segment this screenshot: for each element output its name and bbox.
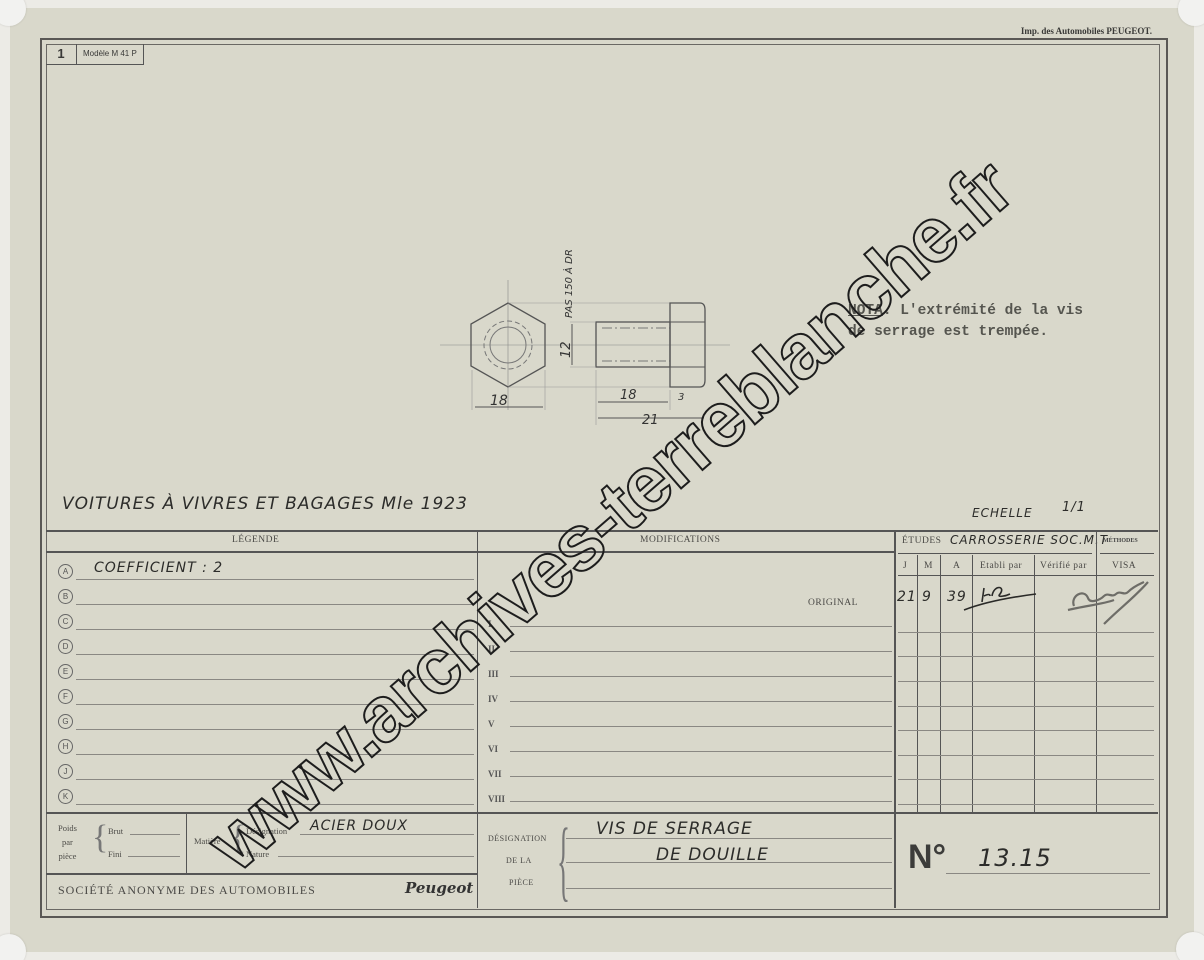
legend-letter: F: [58, 689, 73, 704]
etudes-row-rule: [898, 656, 1154, 657]
mod-number: IV: [488, 694, 498, 704]
etudes-row-rule: [898, 755, 1154, 756]
legend-letter: J: [58, 764, 73, 779]
mod-row: V: [488, 706, 892, 731]
etudes-department: CARROSSERIE SOC.M.T: [950, 533, 1108, 547]
col-verifie: Vérifié par: [1040, 561, 1087, 571]
thread-note: PAS 150 À DR: [562, 249, 575, 318]
poids-brace: {: [92, 818, 108, 858]
fini-line: [128, 856, 180, 857]
col-j: J: [903, 561, 907, 571]
column-divider: [894, 530, 896, 908]
etudes-row-rule: [898, 779, 1154, 780]
methodes-rule: [1100, 553, 1154, 554]
methodes-divider: [1096, 530, 1097, 812]
numero-value[interactable]: 13.15: [978, 844, 1052, 872]
model-box: 1 Modèle M 41 P: [46, 44, 144, 65]
etudes-subheader-rule: [898, 575, 1154, 576]
dim-diameter: 12: [559, 341, 574, 358]
poids-label: Poidsparpièce: [58, 821, 77, 863]
vehicle-title: VOITURES À VIVRES ET BAGAGES Mle 1923: [62, 494, 468, 514]
legend-letter: C: [58, 614, 73, 629]
legende-header: LÉGENDE: [232, 535, 279, 545]
piece-name-line-2[interactable]: DE DOUILLE: [656, 845, 769, 865]
legend-letter: H: [58, 739, 73, 754]
mod-row: II: [488, 631, 892, 656]
corner-mount: [1176, 932, 1204, 960]
company-name: SOCIÉTÉ ANONYME DES AUTOMOBILES: [58, 883, 316, 898]
sheet-number: 1: [46, 44, 77, 64]
etabli-signature: [960, 582, 1040, 612]
legend-letter: E: [58, 664, 73, 679]
mod-row: VI: [488, 731, 892, 756]
header-rule: [46, 551, 894, 553]
col-m-divider: [940, 555, 941, 812]
etudes-row-rule: [898, 632, 1154, 633]
scale-label: ECHELLE: [972, 506, 1033, 520]
legend-letter: A: [58, 564, 73, 579]
etudes-row-rule: [898, 804, 1154, 805]
legend-letter: D: [58, 639, 73, 654]
col-a: A: [953, 561, 960, 571]
dim-shank-length: 18: [620, 388, 637, 403]
legend-letter: B: [58, 589, 73, 604]
col-m: M: [924, 561, 933, 571]
date-month: 9: [922, 589, 932, 605]
col-etabli: Etabli par: [980, 561, 1022, 571]
legend-row-b: B: [58, 585, 476, 610]
printer-credit: Imp. des Automobiles PEUGEOT.: [1021, 26, 1152, 36]
piece-brace: {: [557, 814, 570, 908]
dim-hex-width: 18: [490, 393, 508, 409]
poids-divider: [186, 812, 187, 873]
date-day: 21: [897, 589, 917, 605]
numero-line: [946, 873, 1150, 874]
mod-row: VIII: [488, 781, 892, 806]
visa-signature: [1064, 578, 1154, 628]
fini-label: Fini: [108, 849, 122, 859]
brut-label: Brut: [108, 826, 123, 836]
legend-letter: K: [58, 789, 73, 804]
piece-label-1: DÉSIGNATION: [488, 834, 547, 843]
mod-row: VII: [488, 756, 892, 781]
legend-text[interactable]: COEFFICIENT : 2: [94, 560, 223, 576]
mod-row: III: [488, 656, 892, 681]
model-label: Modèle M 41 P: [77, 44, 143, 64]
peugeot-logo: Peugeot: [405, 879, 473, 897]
piece-name-line-1[interactable]: VIS DE SERRAGE: [596, 819, 753, 839]
etudes-row-rule: [898, 681, 1154, 682]
brut-line: [130, 834, 180, 835]
numero-label: N°: [908, 838, 946, 877]
mod-number: VII: [488, 769, 502, 779]
piece-line: [566, 888, 892, 889]
methodes-label: MÉTHODES: [1103, 538, 1138, 544]
legend-row-a: A COEFFICIENT : 2: [58, 560, 476, 585]
etudes-rule: [898, 553, 1092, 554]
mod-number: V: [488, 719, 495, 729]
etudes-row-rule: [898, 730, 1154, 731]
col-j-divider: [917, 555, 918, 812]
col-visa: VISA: [1112, 561, 1136, 571]
legend-letter: G: [58, 714, 73, 729]
designation-line: [300, 834, 474, 835]
mod-number: VIII: [488, 794, 505, 804]
mod-row: IV: [488, 681, 892, 706]
mod-number: VI: [488, 744, 498, 754]
piece-label-3: PIÈCE: [509, 878, 534, 887]
piece-label-2: DE LA: [506, 856, 532, 865]
etudes-row-rule: [898, 706, 1154, 707]
scale-value: 1/1: [1062, 500, 1086, 515]
etudes-label: ÉTUDES: [902, 536, 941, 546]
nature-line: [278, 856, 474, 857]
